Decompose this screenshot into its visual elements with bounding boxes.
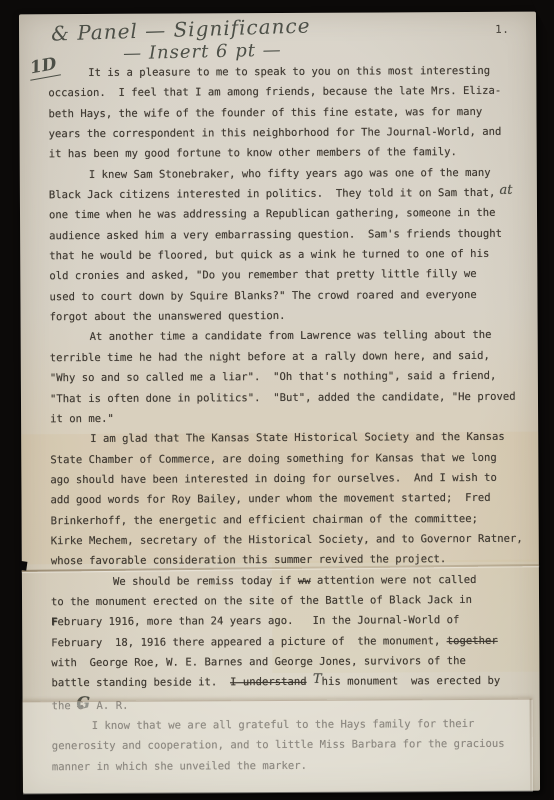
typed-text: Kirke Mechem, secretary of the Historica… bbox=[51, 533, 523, 547]
typed-line: battle standing beside it. I understand … bbox=[51, 671, 543, 694]
typed-text: to the monument erected on the site of t… bbox=[51, 594, 472, 608]
typed-text: that he would be floored, but quick as a… bbox=[49, 248, 489, 262]
typed-line: "That is often done in politics". "But",… bbox=[50, 386, 542, 409]
typed-text: old cronies and asked, "Do you remember … bbox=[49, 268, 476, 282]
typed-text: ebruary 1916, more than 24 years ago. In… bbox=[58, 614, 460, 628]
typed-text: We should be remiss today if bbox=[113, 574, 298, 587]
typed-line: occasion. I feel that I am among friends… bbox=[48, 81, 540, 104]
typed-text: battle standing beside it. bbox=[51, 677, 230, 690]
typed-line: "Why so and so called me a liar". "Oh th… bbox=[50, 366, 542, 389]
typed-line: At another time a candidate from Lawrenc… bbox=[50, 325, 542, 348]
struck-text: I understand bbox=[230, 676, 307, 688]
typed-line: Kirke Mechem, secretary of the Historica… bbox=[51, 529, 543, 552]
typed-text: It is a pleasure to me to speak to you o… bbox=[88, 65, 490, 79]
typed-line: terrible time he had the night before at… bbox=[50, 345, 542, 368]
typed-text: ago should have been interested in doing… bbox=[50, 472, 497, 486]
typed-line: Brinkerhoff, the energetic and efficient… bbox=[51, 508, 543, 531]
typed-line: old cronies and asked, "Do you remember … bbox=[49, 264, 541, 287]
typed-line: one time when he was addressing a Republ… bbox=[49, 203, 541, 226]
typed-text: "Why so and so called me a liar". "Oh th… bbox=[50, 370, 497, 384]
typed-line: with George Roe, W. E. Barnes and George… bbox=[51, 651, 543, 674]
typed-line: audience asked him a very embarrassing q… bbox=[49, 223, 541, 246]
typed-text: I knew Sam Stonebraker, who fifty years … bbox=[89, 167, 491, 181]
typed-line: add good words for Roy Bailey, under who… bbox=[50, 488, 542, 511]
typed-line: years the correspondent in this neighbor… bbox=[49, 122, 541, 145]
typed-text: one time when he was addressing a Republ… bbox=[49, 207, 496, 221]
typed-line: Black Jack citizens interested in politi… bbox=[49, 183, 541, 206]
typed-line: We should be remiss today if ww attentio… bbox=[51, 569, 543, 592]
page-number: 1. bbox=[495, 23, 509, 36]
typed-text: attention were not called bbox=[311, 574, 477, 587]
typed-line: ago should have been interested in doing… bbox=[50, 467, 542, 490]
typed-text: forgot about the unanswered question. bbox=[50, 310, 286, 323]
typed-text: it on me." bbox=[50, 413, 114, 425]
typed-text: I am glad that The Kansas State Historic… bbox=[90, 431, 505, 445]
typed-text: his monument was erected by bbox=[322, 675, 501, 688]
typed-text: "That is often done in politics". "But",… bbox=[50, 390, 516, 404]
typed-text: it has been my good fortune to know othe… bbox=[49, 146, 457, 160]
typed-line: forgot about the unanswered question. bbox=[49, 305, 541, 328]
typed-text: terrible time he had the night before at… bbox=[50, 350, 490, 364]
typed-text-body: It is a pleasure to me to speak to you o… bbox=[48, 61, 544, 778]
typed-line: It is a pleasure to me to speak to you o… bbox=[48, 61, 540, 84]
struck-text: together bbox=[447, 634, 498, 646]
typed-line: it on me." bbox=[50, 406, 542, 429]
typed-text: Black Jack citizens interested in politi… bbox=[49, 187, 496, 201]
typed-text: add good words for Roy Bailey, under who… bbox=[50, 492, 490, 506]
typed-line: beth Hays, the wife of the founder of th… bbox=[48, 101, 540, 124]
typed-line: I am glad that The Kansas State Historic… bbox=[50, 427, 542, 450]
typed-line: February 1916, more than 24 years ago. I… bbox=[51, 610, 543, 633]
paper-tear-notch bbox=[19, 561, 27, 571]
typed-text: At another time a candidate from Lawrenc… bbox=[90, 329, 492, 343]
typed-text: Brinkerhoff, the energetic and efficient… bbox=[51, 513, 478, 527]
typed-line: State Chamber of Commerce, are doing som… bbox=[50, 447, 542, 470]
struck-text: ww bbox=[298, 574, 311, 586]
pasted-strip bbox=[23, 699, 533, 795]
typed-text: with George Roe, W. E. Barnes and George… bbox=[51, 655, 466, 669]
typed-text: occasion. I feel that I am among friends… bbox=[48, 85, 501, 99]
handwritten-insert: T bbox=[313, 672, 322, 687]
typed-line: that he would be floored, but quick as a… bbox=[49, 244, 541, 267]
typed-line: it has been my good fortune to know othe… bbox=[49, 142, 541, 165]
typed-line: to the monument erected on the site of t… bbox=[51, 590, 543, 613]
typed-line: used to court down by Squire Blanks?" Th… bbox=[49, 284, 541, 307]
handwritten-insert: at bbox=[495, 183, 512, 198]
typed-line: February 18, 1916 there appeared a pictu… bbox=[51, 630, 543, 653]
typed-text: years the correspondent in this neighbor… bbox=[49, 126, 502, 140]
typescript-page: & Panel — Significance — Insert 6 pt — 1… bbox=[19, 12, 540, 794]
typed-text: used to court down by Squire Blanks?" Th… bbox=[49, 289, 476, 303]
typed-text: audience asked him a very embarrassing q… bbox=[49, 228, 502, 242]
photo-background: & Panel — Significance — Insert 6 pt — 1… bbox=[0, 0, 554, 800]
typed-text bbox=[307, 676, 313, 688]
typed-text: beth Hays, the wife of the founder of th… bbox=[48, 106, 482, 120]
handwritten-insert-annotation: — Insert 6 pt — bbox=[123, 40, 282, 65]
typed-text: State Chamber of Commerce, are doing som… bbox=[50, 451, 497, 465]
typed-line: I knew Sam Stonebraker, who fifty years … bbox=[49, 162, 541, 185]
typed-text: February 18, 1916 there appeared a pictu… bbox=[51, 635, 446, 649]
